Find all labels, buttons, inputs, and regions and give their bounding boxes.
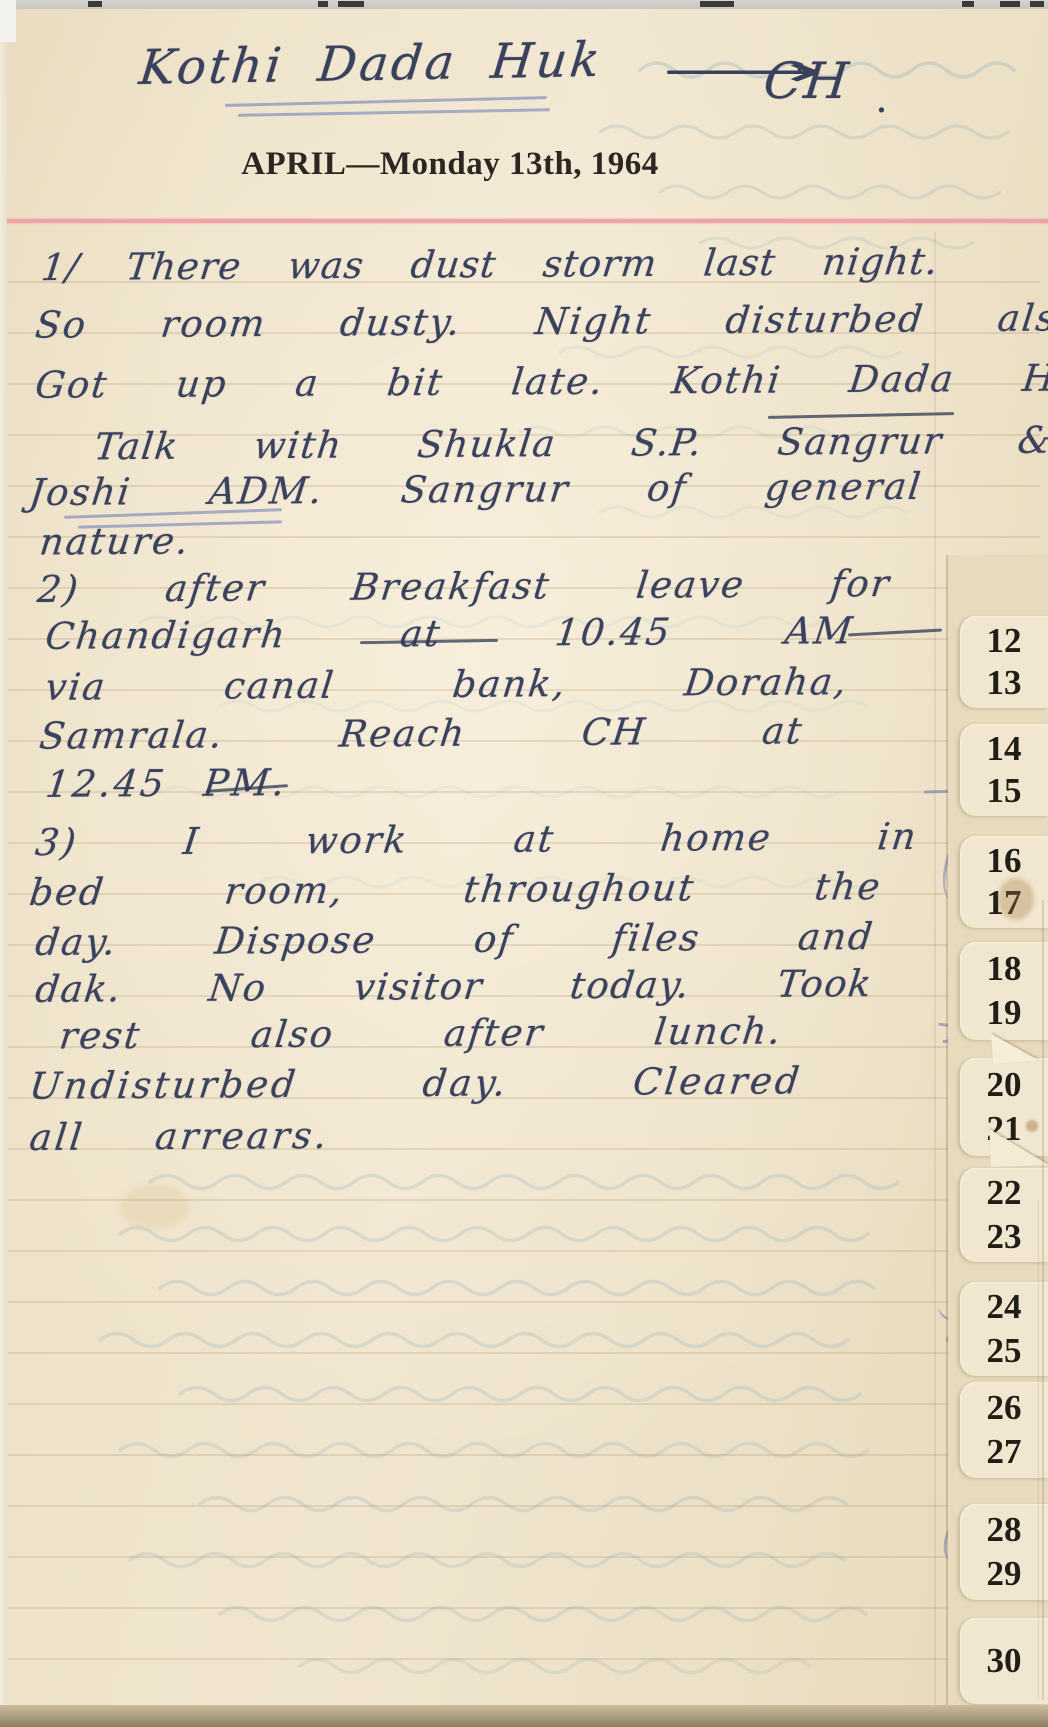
diary-line: dak. No visitor today. Took bbox=[33, 962, 875, 1011]
tab-number[interactable]: 27 bbox=[987, 1434, 1022, 1470]
tab-number[interactable]: 16 bbox=[987, 843, 1022, 879]
tab-number[interactable]: 18 bbox=[987, 951, 1022, 987]
date-tab-28-29[interactable]: 28 29 bbox=[960, 1504, 1048, 1600]
diary-line: 2) after Breakfast leave for bbox=[35, 562, 893, 611]
paper-stain bbox=[1026, 1120, 1038, 1132]
diary-line: 12.45 PM. bbox=[43, 761, 289, 806]
printed-date-title: APRIL—Monday 13th, 1964 bbox=[240, 146, 660, 183]
diary-line: So room dusty. Night disturbed also bbox=[33, 296, 1048, 346]
page-edge bbox=[1038, 1200, 1039, 1700]
tab-number[interactable]: 30 bbox=[987, 1643, 1022, 1679]
diary-line: Undisturbed day. Cleared bbox=[27, 1059, 804, 1107]
scan-edge-bottom bbox=[0, 1705, 1048, 1727]
page-fold bbox=[991, 1030, 1039, 1063]
scan-edge-left bbox=[0, 9, 7, 1727]
date-tab-22-23[interactable]: 22 23 bbox=[960, 1168, 1048, 1262]
date-tab-14-15[interactable]: 14 15 bbox=[960, 724, 1048, 816]
tab-number[interactable]: 14 bbox=[987, 731, 1022, 767]
diary-line: all arrears. bbox=[27, 1114, 332, 1159]
tab-strip-edge bbox=[946, 555, 948, 1705]
diary-line: rest also after lunch. bbox=[57, 1009, 784, 1057]
diary-line: day. Dispose of files and bbox=[33, 915, 876, 964]
diary-line: 1/ There was dust storm last night. bbox=[39, 240, 941, 289]
diary-line: 3) I work at home in bbox=[33, 815, 920, 864]
diary-line: Talk with Shukla S.P. Sangrur & bbox=[92, 419, 1048, 469]
scan-edge-top bbox=[0, 0, 1048, 9]
page-edge bbox=[1042, 900, 1044, 1700]
tab-number[interactable]: 25 bbox=[987, 1333, 1022, 1369]
tab-number[interactable]: 28 bbox=[987, 1512, 1022, 1548]
paper-stain bbox=[998, 878, 1034, 920]
date-tab-30[interactable]: 30 bbox=[960, 1618, 1048, 1704]
handwritten-header-destination: CH bbox=[761, 52, 853, 110]
date-tab-12-13[interactable]: 12 13 bbox=[960, 616, 1048, 708]
diary-line: Joshi ADM. Sangrur of general bbox=[27, 465, 925, 514]
diary-line: Got up a bit late. Kothi Dada Hui bbox=[33, 356, 1048, 406]
tab-number[interactable]: 13 bbox=[987, 665, 1022, 701]
pink-header-rule bbox=[0, 219, 1048, 223]
tab-number[interactable]: 12 bbox=[987, 623, 1022, 659]
diary-line: Samrala. Reach CH at bbox=[37, 709, 806, 757]
tab-number[interactable]: 20 bbox=[987, 1067, 1022, 1103]
scan-corner bbox=[0, 0, 16, 42]
date-tab-24-25[interactable]: 24 25 bbox=[960, 1282, 1048, 1376]
diary-page: Kothi Dada Huk ⟶ CH . APRIL—Monday 13th,… bbox=[0, 0, 1048, 1727]
tab-number[interactable]: 23 bbox=[987, 1219, 1022, 1255]
handwritten-header-note: Kothi Dada Huk bbox=[137, 32, 606, 96]
diary-line: via canal bank, Doraha, bbox=[43, 660, 850, 709]
tab-number[interactable]: 29 bbox=[987, 1556, 1022, 1592]
date-tab-26-27[interactable]: 26 27 bbox=[960, 1382, 1048, 1478]
tab-number[interactable]: 15 bbox=[987, 773, 1022, 809]
tab-number[interactable]: 19 bbox=[987, 995, 1022, 1031]
date-tab-18-19[interactable]: 18 19 bbox=[960, 942, 1048, 1040]
page-fold bbox=[989, 1127, 1048, 1167]
tab-number[interactable]: 24 bbox=[987, 1289, 1022, 1325]
diary-line: Chandigarh at 10.45 AM bbox=[43, 609, 856, 658]
paper-stain bbox=[120, 1185, 190, 1229]
handwritten-period: . bbox=[876, 72, 887, 123]
diary-line: bed room, throughout the bbox=[27, 865, 884, 914]
tab-number[interactable]: 22 bbox=[987, 1175, 1022, 1211]
tab-number[interactable]: 26 bbox=[987, 1390, 1022, 1426]
